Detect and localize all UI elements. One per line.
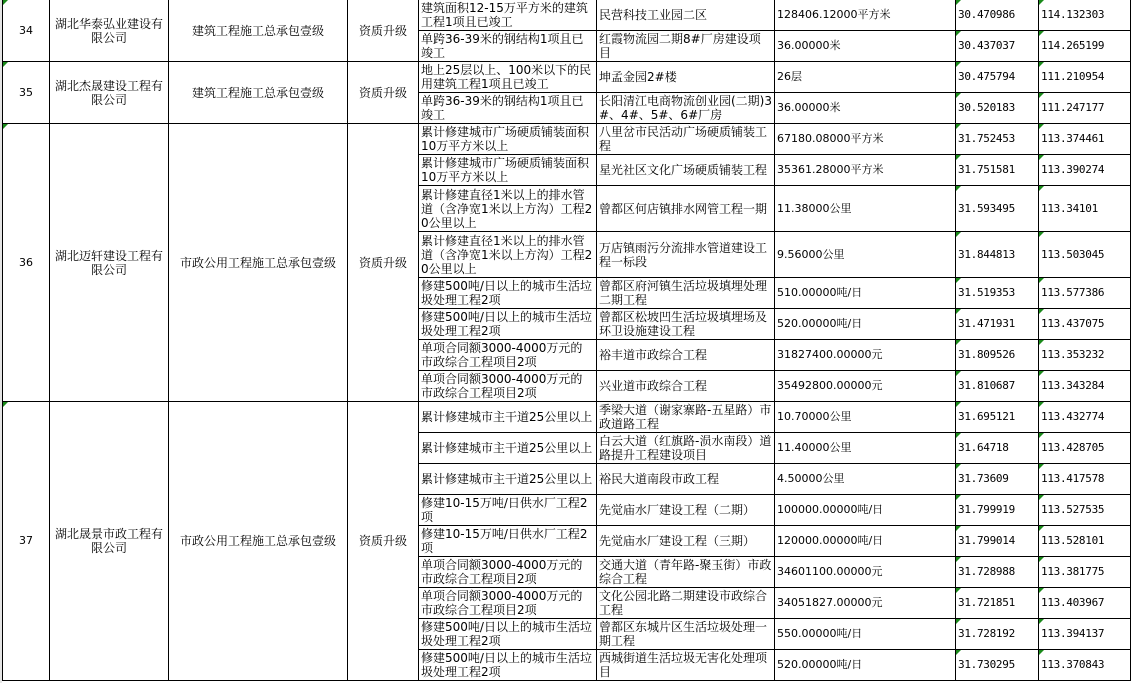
cell-longitude[interactable]: 113.34101 xyxy=(1039,186,1131,232)
cell-project-name[interactable]: 兴业道市政综合工程 xyxy=(597,371,775,402)
cell-longitude[interactable]: 113.577386 xyxy=(1039,278,1131,309)
cell-quantity[interactable]: 9.56000公里 xyxy=(775,232,956,278)
cell-project-name[interactable]: 民营科技工业园二区 xyxy=(597,0,775,31)
cell-requirement[interactable]: 单跨36-39米的钢结构1项且已竣工 xyxy=(419,31,597,62)
cell-project-name[interactable]: 先觉庙水厂建设工程（二期） xyxy=(597,495,775,526)
cell-latitude[interactable]: 31.810687 xyxy=(956,371,1039,402)
cell-quantity[interactable]: 34601100.00000元 xyxy=(775,557,956,588)
cell-requirement[interactable]: 单项合同额3000-4000万元的市政综合工程项目2项 xyxy=(419,588,597,619)
cell-project-name[interactable]: 八里岔市民活动广场硬质铺装工程 xyxy=(597,124,775,155)
cell-latitude[interactable]: 31.799014 xyxy=(956,526,1039,557)
cell-requirement[interactable]: 修建10-15万吨/日供水厂工程2项 xyxy=(419,495,597,526)
cell-longitude[interactable]: 113.390274 xyxy=(1039,155,1131,186)
cell-project-name[interactable]: 万店镇雨污分流排水管道建设工程一标段 xyxy=(597,232,775,278)
cell-quantity[interactable]: 4.50000公里 xyxy=(775,464,956,495)
cell-requirement[interactable]: 单项合同额3000-4000万元的市政综合工程项目2项 xyxy=(419,371,597,402)
cell-qualification[interactable]: 建筑工程施工总承包壹级 xyxy=(169,0,348,62)
cell-requirement[interactable]: 修建500吨/日以上的城市生活垃圾处理工程2项 xyxy=(419,650,597,681)
cell-latitude[interactable]: 31.64718 xyxy=(956,433,1039,464)
cell-application-type[interactable]: 资质升级 xyxy=(348,124,419,402)
cell-latitude[interactable]: 31.695121 xyxy=(956,402,1039,433)
cell-longitude[interactable]: 113.370843 xyxy=(1039,650,1131,681)
cell-project-name[interactable]: 交通大道（青年路-聚玉街）市政综合工程 xyxy=(597,557,775,588)
cell-latitude[interactable]: 31.73609 xyxy=(956,464,1039,495)
cell-longitude[interactable]: 113.437075 xyxy=(1039,309,1131,340)
cell-latitude[interactable]: 31.799919 xyxy=(956,495,1039,526)
cell-longitude[interactable]: 113.527535 xyxy=(1039,495,1131,526)
cell-longitude[interactable]: 113.403967 xyxy=(1039,588,1131,619)
cell-project-name[interactable]: 曾都区何店镇排水网管工程一期 xyxy=(597,186,775,232)
cell-quantity[interactable]: 36.00000米 xyxy=(775,93,956,124)
cell-requirement[interactable]: 累计修建城市主干道25公里以上 xyxy=(419,402,597,433)
cell-quantity[interactable]: 26层 xyxy=(775,62,956,93)
cell-longitude[interactable]: 111.210954 xyxy=(1039,62,1131,93)
cell-longitude[interactable]: 113.353232 xyxy=(1039,340,1131,371)
cell-quantity[interactable]: 35361.28000平方米 xyxy=(775,155,956,186)
cell-company-name[interactable]: 湖北迈轩建设工程有限公司 xyxy=(50,124,169,402)
cell-latitude[interactable]: 31.721851 xyxy=(956,588,1039,619)
cell-qualification[interactable]: 市政公用工程施工总承包壹级 xyxy=(169,402,348,681)
cell-project-name[interactable]: 裕民大道南段市政工程 xyxy=(597,464,775,495)
cell-latitude[interactable]: 31.752453 xyxy=(956,124,1039,155)
cell-longitude[interactable]: 113.417578 xyxy=(1039,464,1131,495)
cell-longitude[interactable]: 113.528101 xyxy=(1039,526,1131,557)
cell-quantity[interactable]: 550.00000吨/日 xyxy=(775,619,956,650)
cell-longitude[interactable]: 113.381775 xyxy=(1039,557,1131,588)
cell-serial-no[interactable]: 34 xyxy=(3,0,50,62)
cell-project-name[interactable]: 西城街道生活垃圾无害化处理项目 xyxy=(597,650,775,681)
cell-company-name[interactable]: 湖北晟景市政工程有限公司 xyxy=(50,402,169,681)
cell-project-name[interactable]: 星光社区文化广场硬质铺装工程 xyxy=(597,155,775,186)
table-row: 35 湖北杰晟建设工程有限公司 建筑工程施工总承包壹级 资质升级 地上25层以上… xyxy=(3,62,1131,93)
cell-requirement[interactable]: 累计修建城市主干道25公里以上 xyxy=(419,464,597,495)
cell-project-name[interactable]: 长阳清江电商物流创业园(二期)3#、4#、5#、6#厂房 xyxy=(597,93,775,124)
cell-quantity[interactable]: 120000.00000吨/日 xyxy=(775,526,956,557)
cell-project-name[interactable]: 曾都区府河镇生活垃圾填埋处理二期工程 xyxy=(597,278,775,309)
cell-project-name[interactable]: 季梁大道（谢家寨路-五星路）市政道路工程 xyxy=(597,402,775,433)
cell-quantity[interactable]: 31827400.00000元 xyxy=(775,340,956,371)
cell-quantity[interactable]: 36.00000米 xyxy=(775,31,956,62)
cell-qualification[interactable]: 建筑工程施工总承包壹级 xyxy=(169,62,348,124)
cell-quantity[interactable]: 11.40000公里 xyxy=(775,433,956,464)
cell-quantity[interactable]: 520.00000吨/日 xyxy=(775,309,956,340)
cell-latitude[interactable]: 30.470986 xyxy=(956,0,1039,31)
cell-requirement[interactable]: 单项合同额3000-4000万元的市政综合工程项目2项 xyxy=(419,340,597,371)
cell-serial-no[interactable]: 35 xyxy=(3,62,50,124)
cell-latitude[interactable]: 30.520183 xyxy=(956,93,1039,124)
cell-longitude[interactable]: 114.265199 xyxy=(1039,31,1131,62)
cell-application-type[interactable]: 资质升级 xyxy=(348,402,419,681)
table-row: 34 湖北华泰弘业建设有限公司 建筑工程施工总承包壹级 资质升级 建筑面积12-… xyxy=(3,0,1131,31)
cell-latitude[interactable]: 31.730295 xyxy=(956,650,1039,681)
cell-longitude[interactable]: 111.247177 xyxy=(1039,93,1131,124)
cell-quantity[interactable]: 100000.00000吨/日 xyxy=(775,495,956,526)
spreadsheet-grid: 34 湖北华泰弘业建设有限公司 建筑工程施工总承包壹级 资质升级 建筑面积12-… xyxy=(2,0,1131,681)
cell-longitude[interactable]: 113.503045 xyxy=(1039,232,1131,278)
cell-project-name[interactable]: 白云大道（红旗路-涢水南段）道路提升工程建设项目 xyxy=(597,433,775,464)
cell-requirement[interactable]: 修建500吨/日以上的城市生活垃圾处理工程2项 xyxy=(419,619,597,650)
cell-project-name[interactable]: 红霞物流园二期8#厂房建设项目 xyxy=(597,31,775,62)
cell-qualification[interactable]: 市政公用工程施工总承包壹级 xyxy=(169,124,348,402)
cell-project-name[interactable]: 曾都区松坡凹生活垃圾填埋场及环卫设施建设工程 xyxy=(597,309,775,340)
cell-requirement[interactable]: 累计修建直径1米以上的排水管道（含净宽1米以上方沟）工程20公里以上 xyxy=(419,186,597,232)
cell-latitude[interactable]: 31.519353 xyxy=(956,278,1039,309)
cell-longitude[interactable]: 113.343284 xyxy=(1039,371,1131,402)
cell-company-name[interactable]: 湖北华泰弘业建设有限公司 xyxy=(50,0,169,62)
cell-latitude[interactable]: 30.475794 xyxy=(956,62,1039,93)
cell-latitude[interactable]: 31.809526 xyxy=(956,340,1039,371)
cell-company-name[interactable]: 湖北杰晟建设工程有限公司 xyxy=(50,62,169,124)
cell-requirement[interactable]: 修建10-15万吨/日供水厂工程2项 xyxy=(419,526,597,557)
cell-project-name[interactable]: 裕丰道市政综合工程 xyxy=(597,340,775,371)
cell-requirement[interactable]: 累计修建城市广场硬质铺装面积10万平方米以上 xyxy=(419,124,597,155)
cell-requirement[interactable]: 累计修建直径1米以上的排水管道（含净宽1米以上方沟）工程20公里以上 xyxy=(419,232,597,278)
cell-project-name[interactable]: 文化公园北路二期建设市政综合工程 xyxy=(597,588,775,619)
cell-serial-no[interactable]: 37 xyxy=(3,402,50,681)
cell-longitude[interactable]: 113.394137 xyxy=(1039,619,1131,650)
cell-quantity[interactable]: 35492800.00000元 xyxy=(775,371,956,402)
cell-quantity[interactable]: 34051827.00000元 xyxy=(775,588,956,619)
cell-project-name[interactable]: 先觉庙水厂建设工程（三期） xyxy=(597,526,775,557)
cell-longitude[interactable]: 113.428705 xyxy=(1039,433,1131,464)
cell-requirement[interactable]: 建筑面积12-15万平方米的建筑工程1项且已竣工 xyxy=(419,0,597,31)
cell-latitude[interactable]: 31.751581 xyxy=(956,155,1039,186)
cell-requirement[interactable]: 单跨36-39米的钢结构1项且已竣工 xyxy=(419,93,597,124)
cell-project-name[interactable]: 曾都区东城片区生活垃圾处理一期工程 xyxy=(597,619,775,650)
cell-requirement[interactable]: 单项合同额3000-4000万元的市政综合工程项目2项 xyxy=(419,557,597,588)
cell-longitude[interactable]: 114.132303 xyxy=(1039,0,1131,31)
cell-quantity[interactable]: 10.70000公里 xyxy=(775,402,956,433)
cell-application-type[interactable]: 资质升级 xyxy=(348,0,419,62)
table-row: 36 湖北迈轩建设工程有限公司 市政公用工程施工总承包壹级 资质升级 累计修建城… xyxy=(3,124,1131,155)
cell-longitude[interactable]: 113.374461 xyxy=(1039,124,1131,155)
cell-application-type[interactable]: 资质升级 xyxy=(348,62,419,124)
table-row: 37 湖北晟景市政工程有限公司 市政公用工程施工总承包壹级 资质升级 累计修建城… xyxy=(3,402,1131,433)
cell-serial-no[interactable]: 36 xyxy=(3,124,50,402)
cell-latitude[interactable]: 31.844813 xyxy=(956,232,1039,278)
cell-quantity[interactable]: 510.00000吨/日 xyxy=(775,278,956,309)
cell-latitude[interactable]: 31.471931 xyxy=(956,309,1039,340)
cell-latitude[interactable]: 31.593495 xyxy=(956,186,1039,232)
cell-longitude[interactable]: 113.432774 xyxy=(1039,402,1131,433)
cell-quantity[interactable]: 11.38000公里 xyxy=(775,186,956,232)
cell-latitude[interactable]: 31.728192 xyxy=(956,619,1039,650)
cell-requirement[interactable]: 地上25层以上、100米以下的民用建筑工程1项且已竣工 xyxy=(419,62,597,93)
cell-quantity[interactable]: 520.00000吨/日 xyxy=(775,650,956,681)
cell-quantity[interactable]: 67180.08000平方米 xyxy=(775,124,956,155)
cell-requirement[interactable]: 修建500吨/日以上的城市生活垃圾处理工程2项 xyxy=(419,309,597,340)
cell-requirement[interactable]: 修建500吨/日以上的城市生活垃圾处理工程2项 xyxy=(419,278,597,309)
cell-latitude[interactable]: 31.728988 xyxy=(956,557,1039,588)
cell-latitude[interactable]: 30.437037 xyxy=(956,31,1039,62)
cell-requirement[interactable]: 累计修建城市广场硬质铺装面积10万平方米以上 xyxy=(419,155,597,186)
cell-quantity[interactable]: 128406.12000平方米 xyxy=(775,0,956,31)
cell-requirement[interactable]: 累计修建城市主干道25公里以上 xyxy=(419,433,597,464)
cell-project-name[interactable]: 坤孟金园2#楼 xyxy=(597,62,775,93)
